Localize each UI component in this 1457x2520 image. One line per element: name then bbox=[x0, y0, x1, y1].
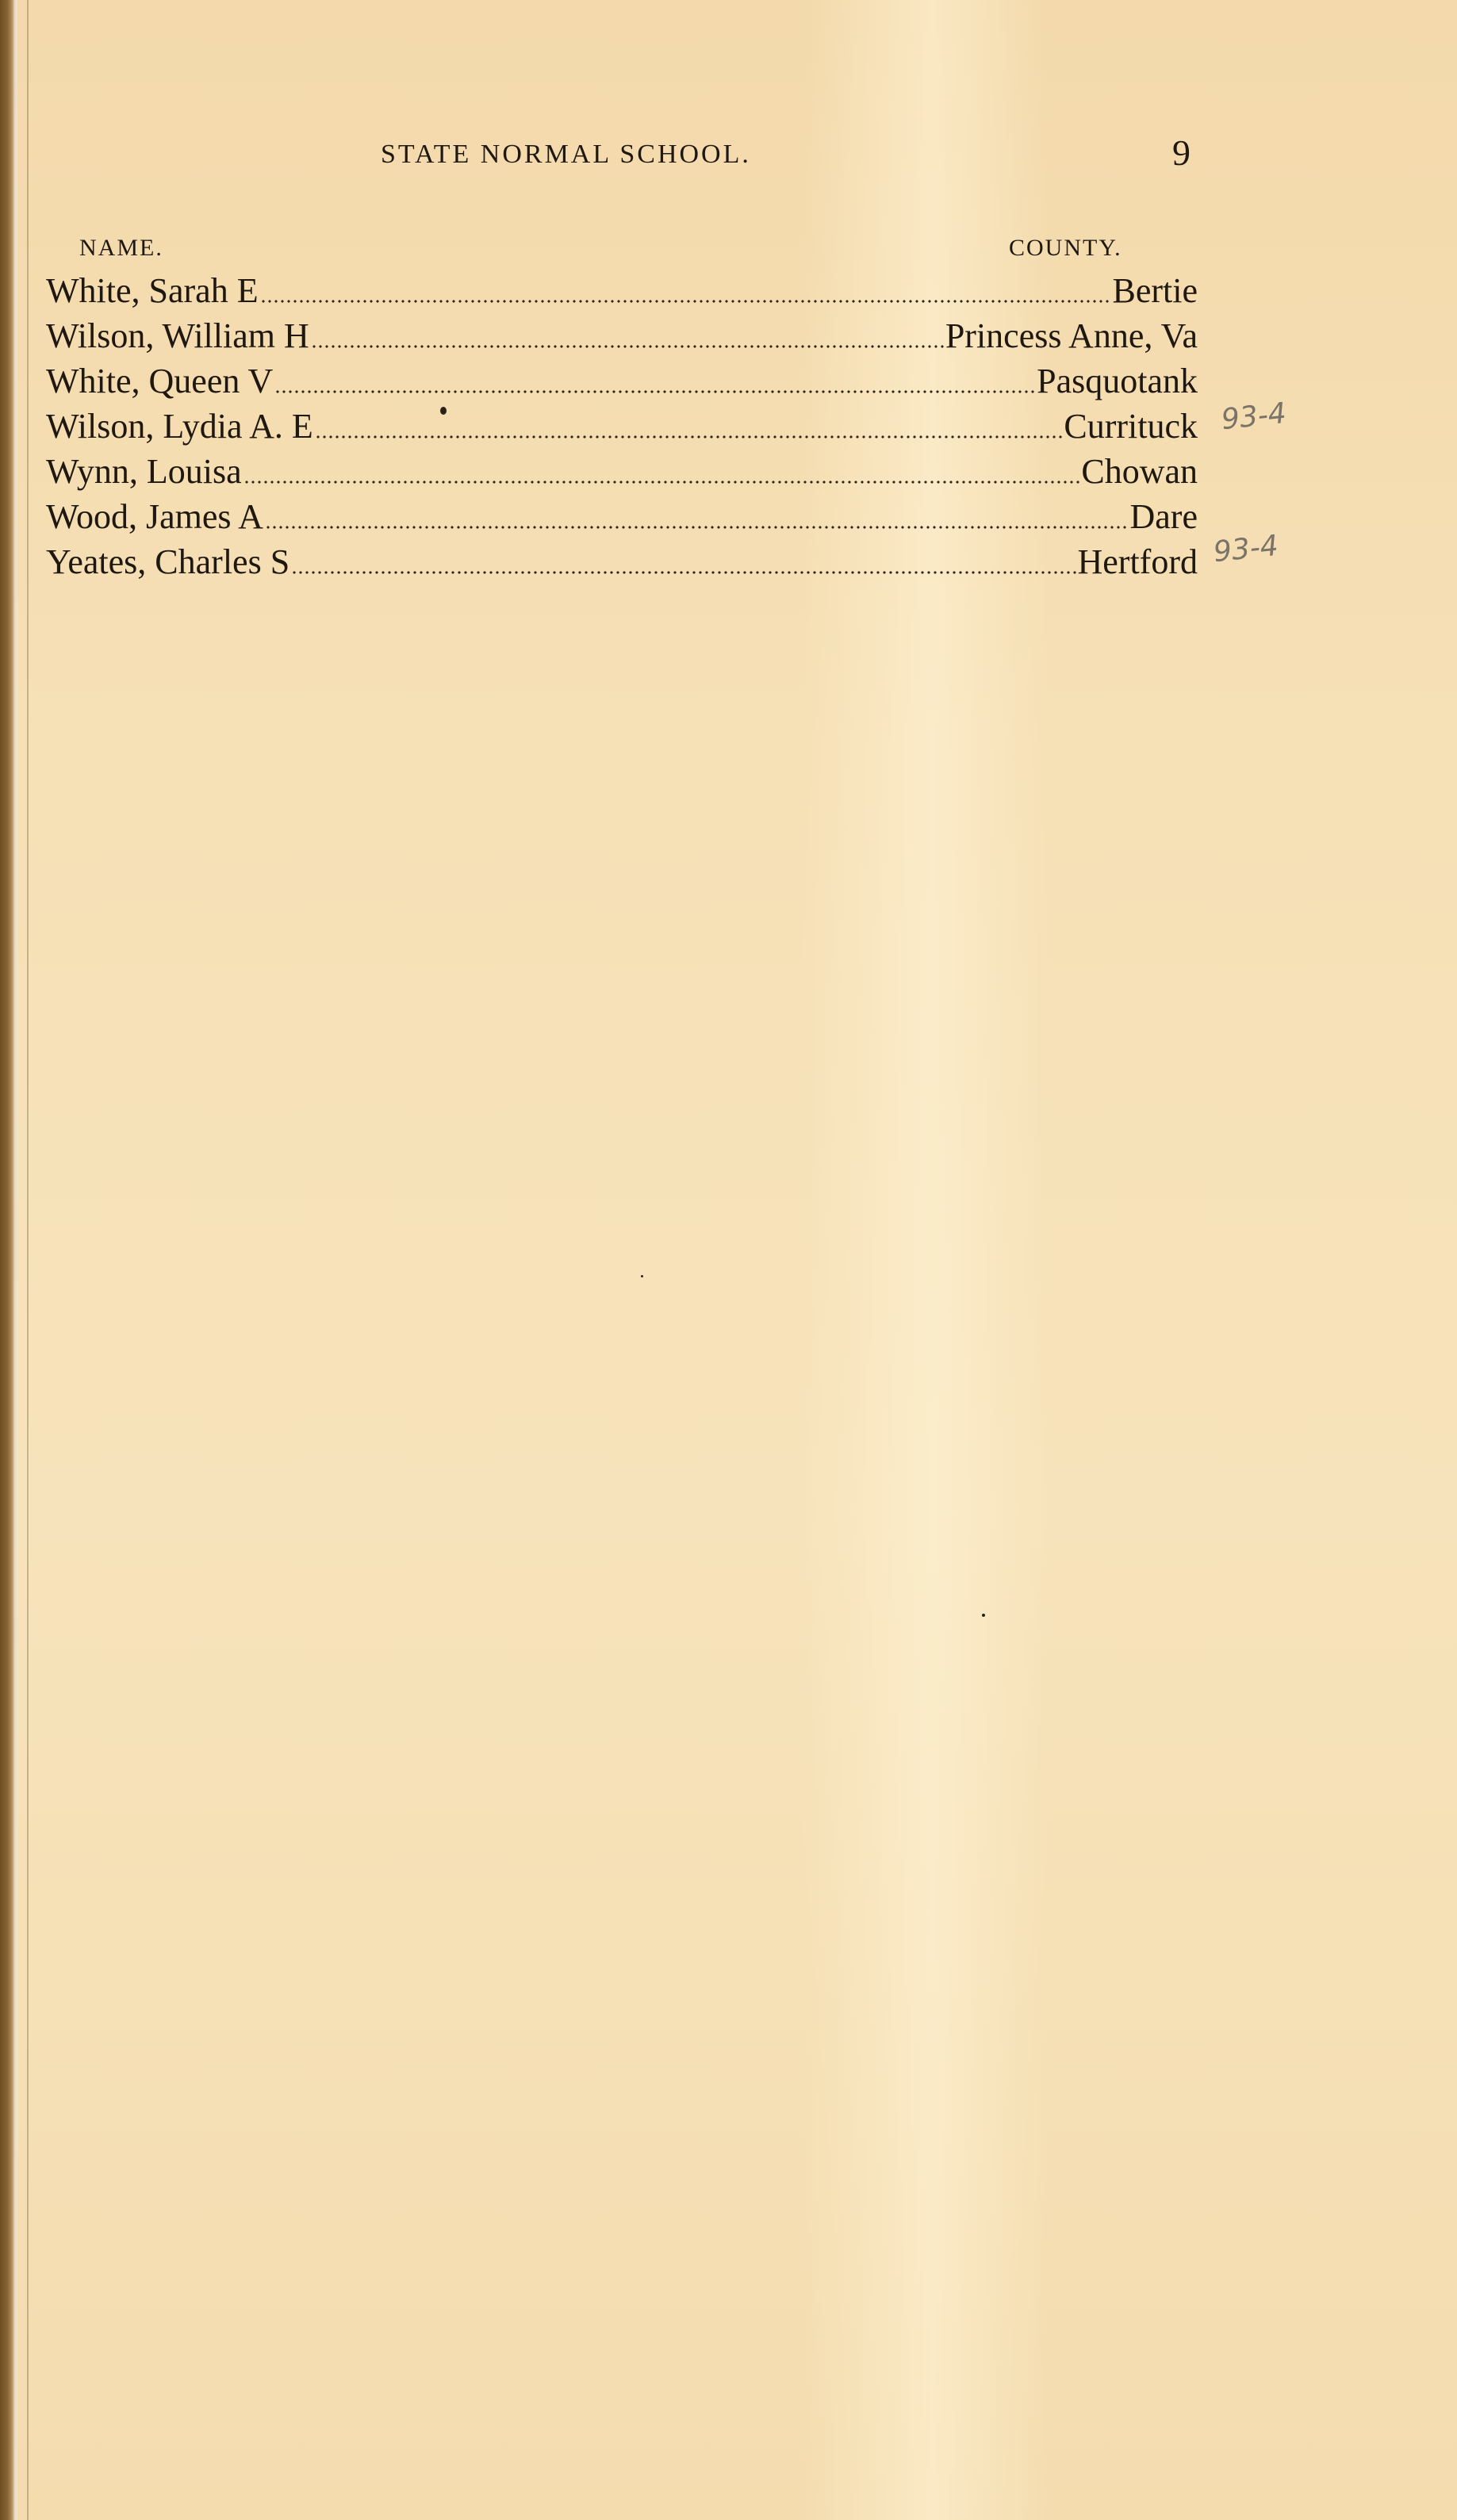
dot-leader bbox=[260, 297, 1111, 305]
student-roster: White, Sarah E Bertie Wilson, William H … bbox=[46, 268, 1198, 584]
student-name: Yeates, Charles S bbox=[46, 539, 289, 584]
page-gutter-line bbox=[27, 0, 29, 2520]
roster-row: Wood, James A Dare bbox=[46, 494, 1198, 539]
student-name: Wood, James A bbox=[46, 494, 263, 539]
student-county: Dare bbox=[1130, 494, 1198, 539]
dot-leader bbox=[274, 388, 1035, 396]
roster-row: White, Sarah E Bertie bbox=[46, 268, 1198, 313]
handwritten-note: 93-4 bbox=[1220, 397, 1288, 436]
page-number: 9 bbox=[1172, 132, 1191, 174]
book-binding-edge bbox=[0, 0, 17, 2520]
student-name: White, Sarah E bbox=[46, 268, 259, 313]
roster-row: Yeates, Charles S Hertford bbox=[46, 539, 1198, 584]
dot-leader bbox=[311, 343, 944, 350]
student-name: White, Queen V bbox=[46, 358, 273, 404]
student-name: Wilson, William H bbox=[46, 313, 309, 358]
dot-leader bbox=[315, 433, 1063, 441]
ink-speck bbox=[641, 1275, 643, 1277]
student-county: Bertie bbox=[1112, 268, 1198, 313]
roster-row: Wilson, Lydia A. E Currituck bbox=[46, 404, 1198, 449]
student-name: Wilson, Lydia A. E bbox=[46, 404, 313, 449]
ink-speck bbox=[982, 1614, 985, 1617]
dot-leader bbox=[291, 569, 1075, 576]
roster-row: Wynn, Louisa Chowan bbox=[46, 449, 1198, 494]
dot-leader bbox=[243, 478, 1080, 486]
ink-speck bbox=[440, 407, 447, 415]
student-county: Hertford bbox=[1078, 539, 1198, 584]
column-header-county: COUNTY. bbox=[1009, 235, 1122, 262]
student-county: Chowan bbox=[1081, 449, 1198, 494]
student-county: Pasquotank bbox=[1037, 358, 1198, 404]
student-county: Currituck bbox=[1064, 404, 1198, 449]
student-county: Princess Anne, Va bbox=[945, 313, 1198, 358]
roster-row: White, Queen V Pasquotank bbox=[46, 358, 1198, 404]
book-page: STATE NORMAL SCHOOL. 9 NAME. COUNTY. Whi… bbox=[0, 0, 1457, 2520]
column-header-name: NAME. bbox=[79, 235, 163, 262]
roster-row: Wilson, William H Princess Anne, Va bbox=[46, 313, 1198, 358]
running-title: STATE NORMAL SCHOOL. bbox=[381, 140, 751, 170]
student-name: Wynn, Louisa bbox=[46, 449, 242, 494]
handwritten-note: 93-4 bbox=[1212, 530, 1280, 569]
dot-leader bbox=[265, 523, 1129, 531]
